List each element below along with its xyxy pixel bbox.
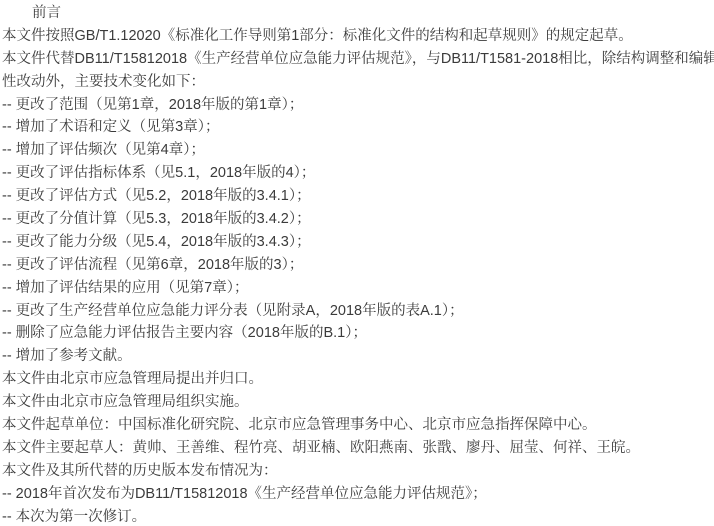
section-heading: 前言 xyxy=(2,2,714,25)
text-line: -- 增加了评估频次（见第4章）； xyxy=(2,139,714,162)
text-line: 本文件主要起草人：黄帅、王善维、程竹亮、胡亚楠、欧阳燕南、张戬、廖丹、屈莹、何祥… xyxy=(2,437,714,460)
text-line: 本文件由北京市应急管理局组织实施。 xyxy=(2,391,714,414)
text-line: -- 增加了参考文献。 xyxy=(2,345,714,368)
text-line: -- 更改了评估方式（见5.2，2018年版的3.4.1）； xyxy=(2,185,714,208)
text-line: -- 更改了评估流程（见第6章，2018年版的3）； xyxy=(2,254,714,277)
text-line: -- 更改了能力分级（见5.4，2018年版的3.4.3）； xyxy=(2,231,714,254)
text-line: -- 更改了范围（见第1章，2018年版的第1章）； xyxy=(2,94,714,117)
text-line: -- 增加了评估结果的应用（见第7章）； xyxy=(2,277,714,300)
text-line: 本文件起草单位：中国标准化研究院、北京市应急管理事务中心、北京市应急指挥保障中心… xyxy=(2,414,714,437)
text-line: 性改动外，主要技术变化如下： xyxy=(2,71,714,94)
text-line: 本文件由北京市应急管理局提出并归口。 xyxy=(2,368,714,391)
text-line: -- 更改了分值计算（见5.3，2018年版的3.4.2）； xyxy=(2,208,714,231)
text-line: -- 删除了应急能力评估报告主要内容（2018年版的B.1）； xyxy=(2,322,714,345)
foreword-document: 前言 本文件按照GB/T1.12020《标准化工作导则第1部分：标准化文件的结构… xyxy=(0,0,714,526)
text-line: 本文件及其所代替的历史版本发布情况为： xyxy=(2,460,714,483)
text-line: -- 2018年首次发布为DB11/T15812018《生产经营单位应急能力评估… xyxy=(2,483,714,506)
text-line: 本文件代替DB11/T15812018《生产经营单位应急能力评估规范》，与DB1… xyxy=(2,48,714,71)
text-line: -- 更改了评估指标体系（见5.1，2018年版的4）； xyxy=(2,162,714,185)
document-body: 本文件按照GB/T1.12020《标准化工作导则第1部分：标准化文件的结构和起草… xyxy=(2,25,714,526)
text-line: 本文件按照GB/T1.12020《标准化工作导则第1部分：标准化文件的结构和起草… xyxy=(2,25,714,48)
text-line: -- 增加了术语和定义（见第3章）； xyxy=(2,116,714,139)
text-line: -- 本次为第一次修订。 xyxy=(2,506,714,526)
text-line: -- 更改了生产经营单位应急能力评分表（见附录A，2018年版的表A.1）； xyxy=(2,300,714,323)
